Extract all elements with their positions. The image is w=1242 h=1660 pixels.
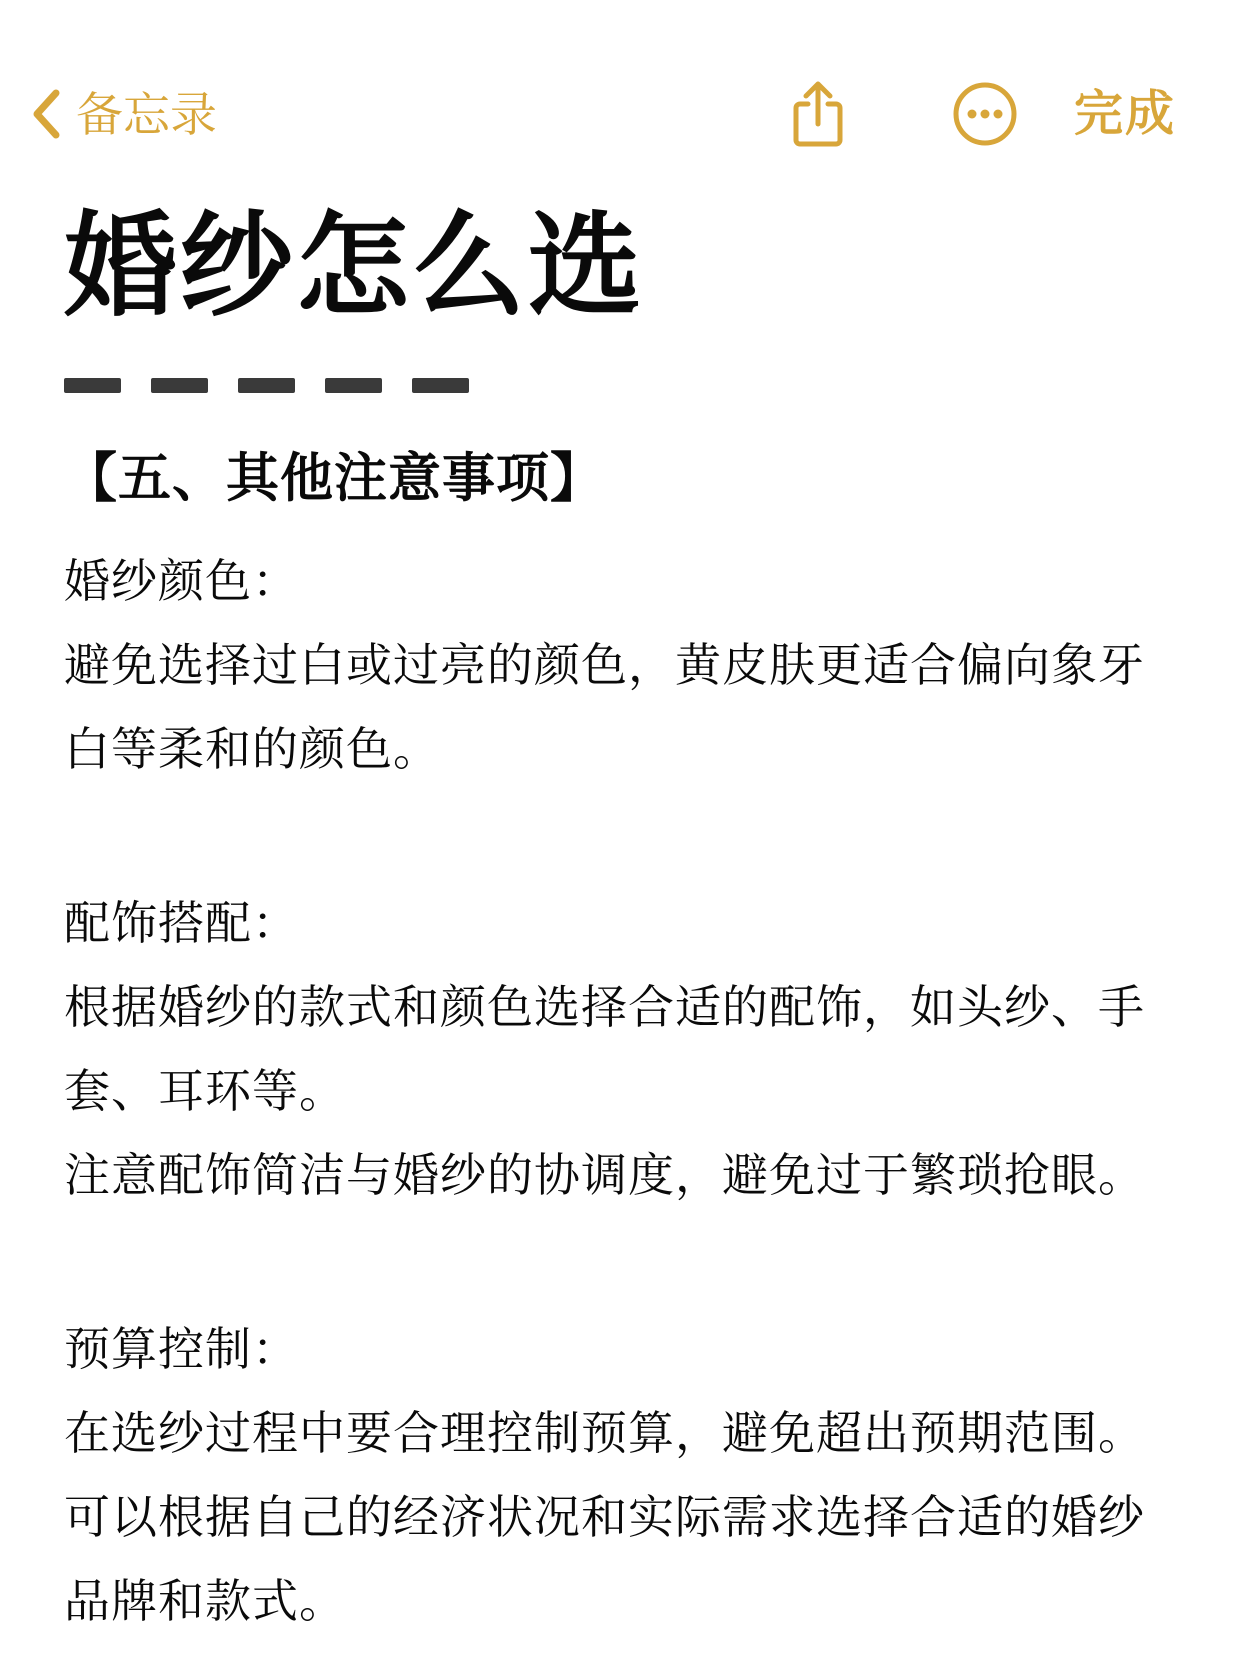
note-line[interactable]: 套、耳环等。 (64, 1049, 1172, 1133)
dash (151, 378, 208, 393)
dash (325, 378, 382, 393)
note-line[interactable]: 避免选择过白或过亮的颜色，黄皮肤更适合偏向象牙 (64, 623, 1172, 707)
note-line[interactable]: 根据婚纱的款式和颜色选择合适的配饰，如头纱、手 (64, 965, 1172, 1049)
note-line[interactable]: 白等柔和的颜色。 (64, 707, 1172, 791)
note-line[interactable]: 可以根据自己的经济状况和实际需求选择合适的婚纱 (64, 1475, 1172, 1559)
note-line[interactable]: 配饰搭配： (64, 881, 1172, 965)
nav-bar: 备忘录 完成 (0, 0, 1242, 150)
more-button[interactable] (952, 81, 1018, 147)
share-icon (788, 78, 848, 150)
dash-divider (64, 378, 1172, 393)
section-heading[interactable]: 【五、其他注意事项】 (64, 447, 1172, 511)
ellipsis-circle-icon (952, 81, 1018, 147)
note-line[interactable]: 注意配饰简洁与婚纱的协调度，避免过于繁琐抢眼。 (64, 1133, 1172, 1217)
paragraph-dress-color: 婚纱颜色： 避免选择过白或过亮的颜色，黄皮肤更适合偏向象牙 白等柔和的颜色。 (64, 539, 1172, 791)
paragraph-accessories: 配饰搭配： 根据婚纱的款式和颜色选择合适的配饰，如头纱、手 套、耳环等。 注意配… (64, 881, 1172, 1217)
dash (64, 378, 121, 393)
share-button[interactable] (788, 78, 848, 150)
note-line[interactable]: 在选纱过程中要合理控制预算，避免超出预期范围。 (64, 1391, 1172, 1475)
note-title[interactable]: 婚纱怎么选 (64, 202, 1172, 332)
note-line[interactable]: 品牌和款式。 (64, 1559, 1172, 1643)
back-button[interactable]: 备忘录 (30, 88, 217, 140)
dash (238, 378, 295, 393)
dash (412, 378, 469, 393)
chevron-left-icon (30, 88, 62, 140)
paragraph-budget: 预算控制： 在选纱过程中要合理控制预算，避免超出预期范围。 可以根据自己的经济状… (64, 1307, 1172, 1643)
note-editor[interactable]: 婚纱怎么选 【五、其他注意事项】 婚纱颜色： 避免选择过白或过亮的颜色，黄皮肤更… (0, 202, 1242, 1643)
back-label: 备忘录 (76, 91, 217, 138)
nav-actions: 完成 (788, 78, 1176, 150)
note-line[interactable]: 预算控制： (64, 1307, 1172, 1391)
notes-app-screen: 备忘录 完成 婚纱怎么选 (0, 0, 1242, 1660)
note-line[interactable]: 婚纱颜色： (64, 539, 1172, 623)
done-button[interactable]: 完成 (1074, 90, 1176, 139)
